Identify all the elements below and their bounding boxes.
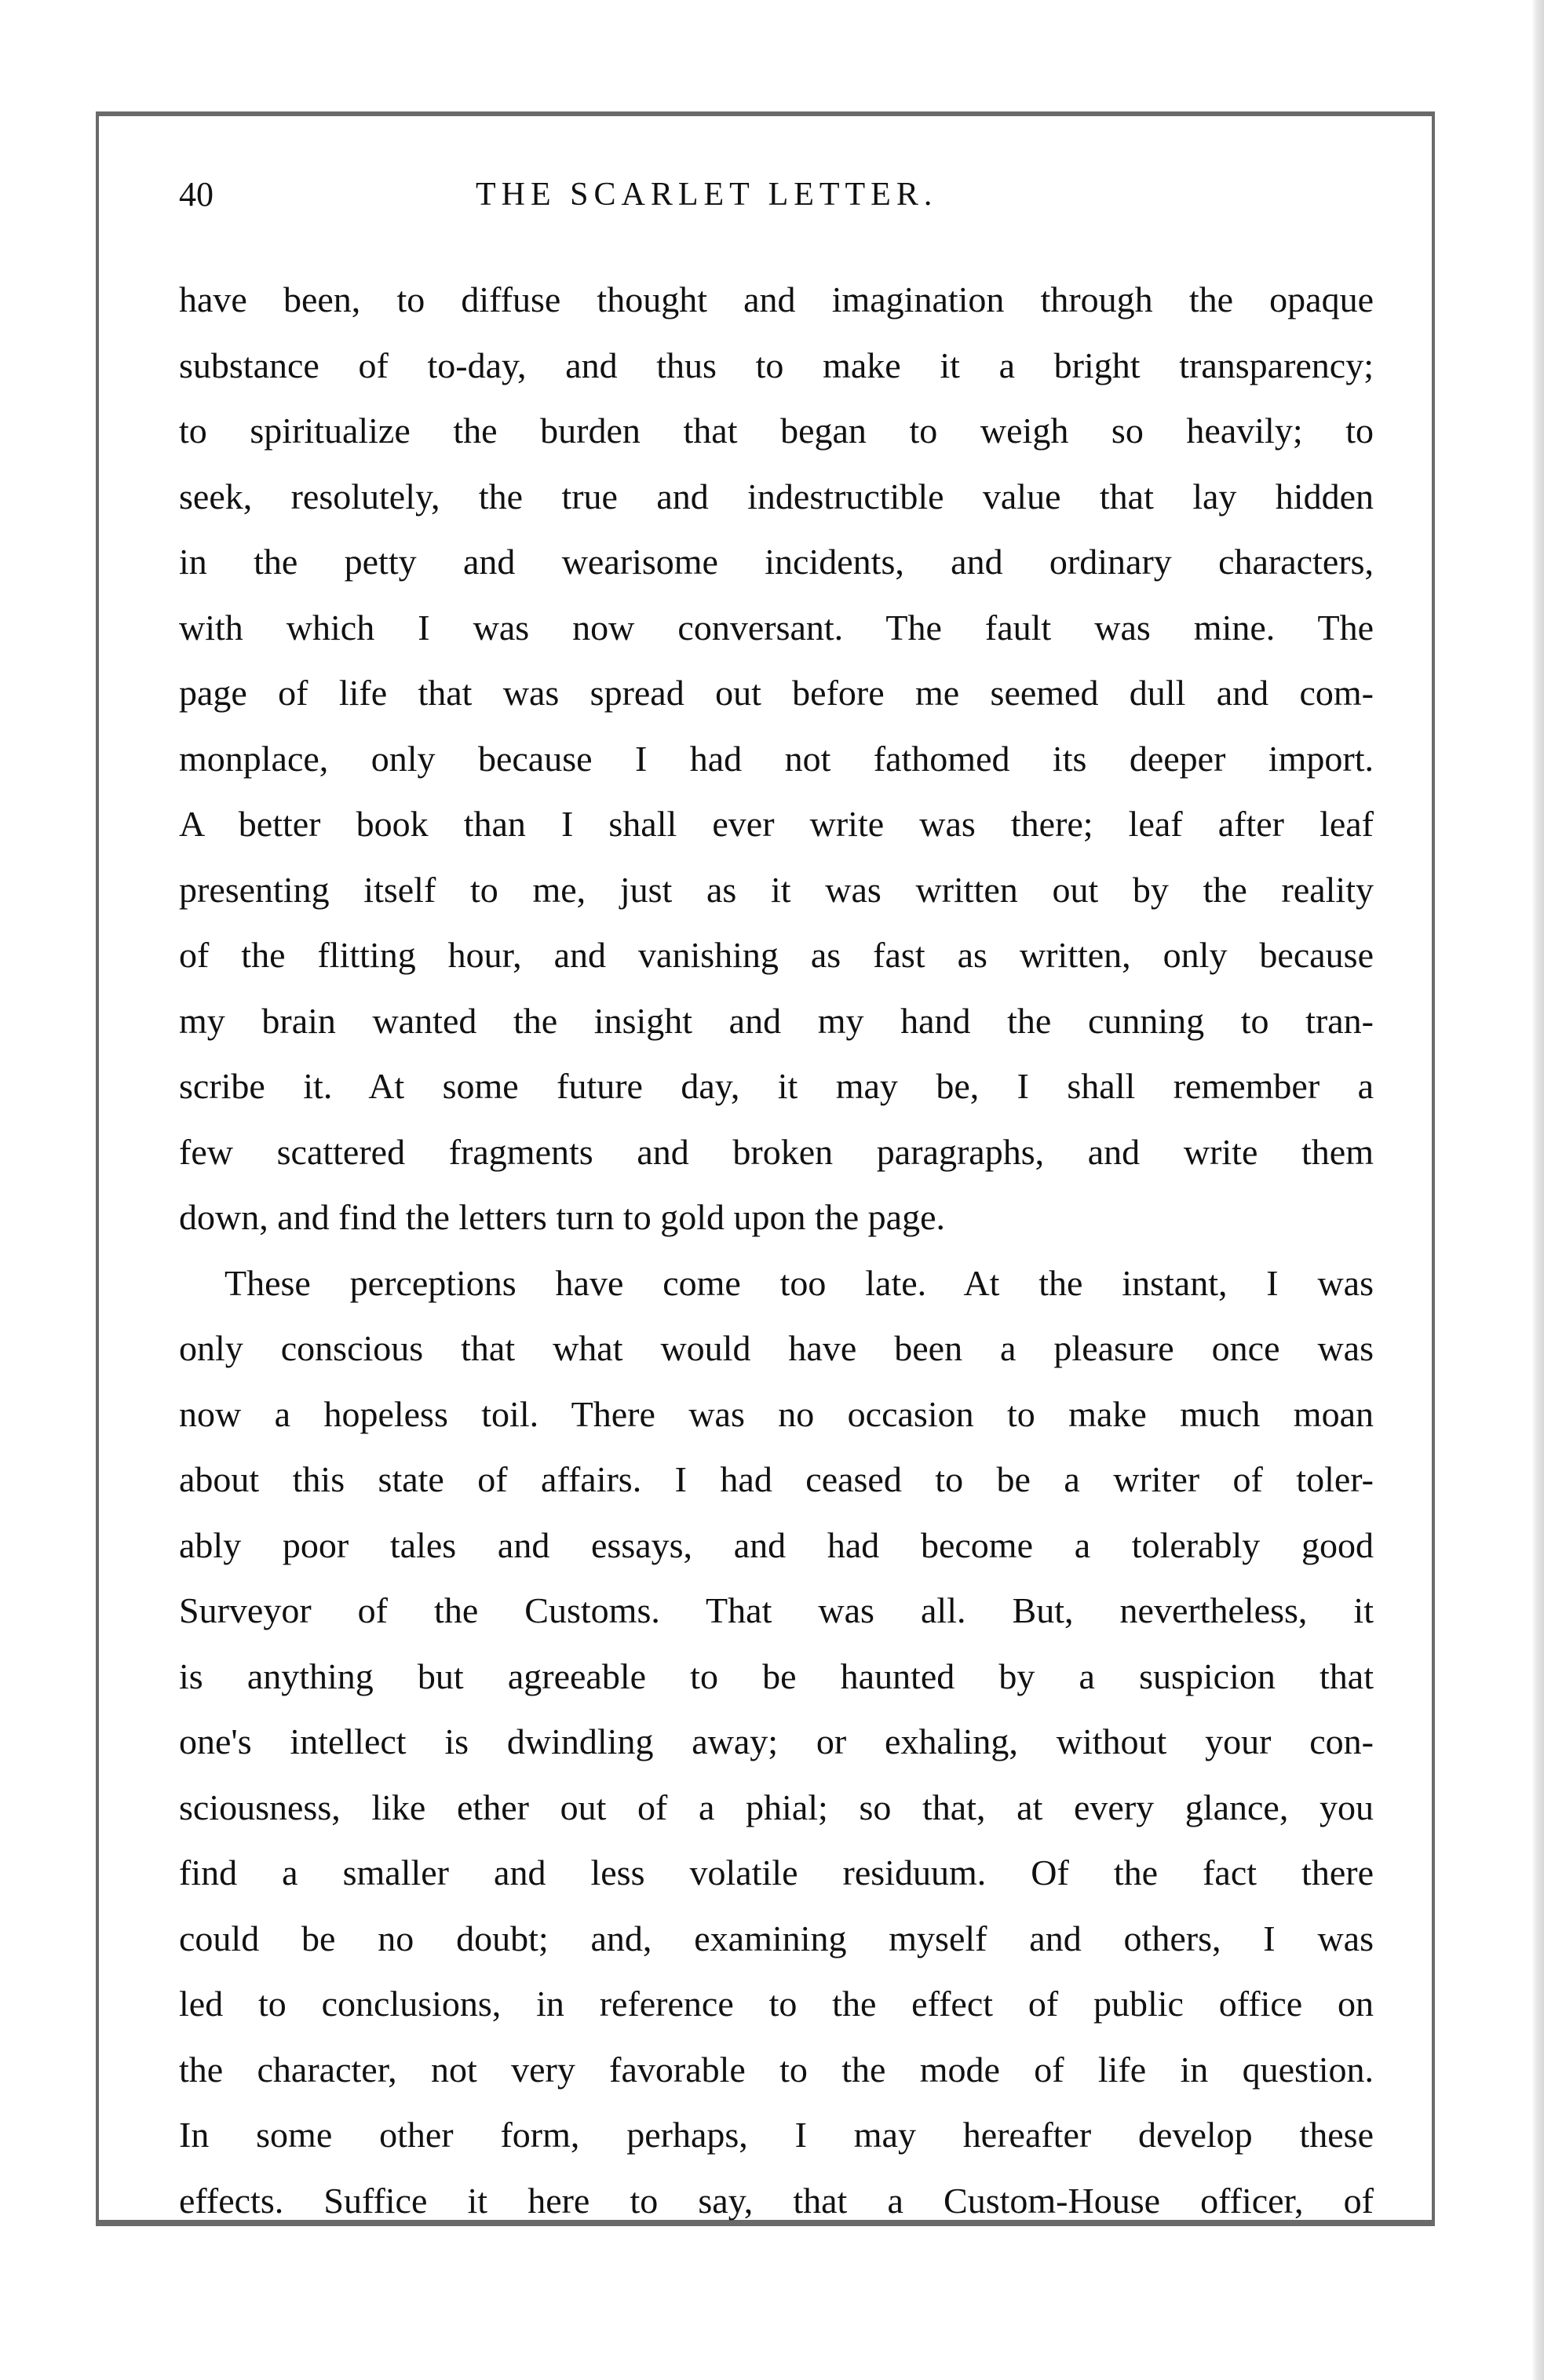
text-line: sciousness, like ether out of a phial; s… bbox=[179, 1775, 1374, 1841]
text-line: now a hopeless toil. There was no occasi… bbox=[179, 1382, 1374, 1447]
text-line: to spiritualize the burden that began to… bbox=[179, 398, 1374, 464]
text-line: one's intellect is dwindling away; or ex… bbox=[179, 1709, 1374, 1775]
text-line: my brain wanted the insight and my hand … bbox=[179, 988, 1374, 1054]
text-line: scribe it. At some future day, it may be… bbox=[179, 1053, 1374, 1119]
page-number: 40 bbox=[179, 171, 214, 218]
text-line: could be no doubt; and, examining myself… bbox=[179, 1906, 1374, 1972]
text-line: effects. Suffice it here to say, that a … bbox=[179, 2168, 1374, 2234]
text-line: of the flitting hour, and vanishing as f… bbox=[179, 922, 1374, 988]
text-line: the character, not very favorable to the… bbox=[179, 2037, 1374, 2103]
page-edge-shadow bbox=[1531, 0, 1544, 2380]
running-title: THE SCARLET LETTER. bbox=[476, 171, 937, 218]
text-line: led to conclusions, in reference to the … bbox=[179, 1971, 1374, 2037]
text-line: down, and find the letters turn to gold … bbox=[179, 1185, 1374, 1250]
text-line: monplace, only because I had not fathome… bbox=[179, 726, 1374, 792]
text-line: Surveyor of the Customs. That was all. B… bbox=[179, 1578, 1374, 1644]
text-line: presenting itself to me, just as it was … bbox=[179, 857, 1374, 923]
text-line: These perceptions have come too late. At… bbox=[179, 1250, 1374, 1316]
running-header: 40 THE SCARLET LETTER. bbox=[179, 171, 1372, 218]
text-line: In some other form, perhaps, I may herea… bbox=[179, 2102, 1374, 2168]
text-line: find a smaller and less volatile residuu… bbox=[179, 1840, 1374, 1906]
text-line: A better book than I shall ever write wa… bbox=[179, 791, 1374, 857]
text-line: with which I was now conversant. The fau… bbox=[179, 595, 1374, 661]
text-line: ably poor tales and essays, and had beco… bbox=[179, 1513, 1374, 1579]
text-line: only conscious that what would have been… bbox=[179, 1316, 1374, 1382]
text-line: have been, to diffuse thought and imagin… bbox=[179, 267, 1374, 333]
text-line: substance of to-day, and thus to make it… bbox=[179, 333, 1374, 399]
text-line: few scattered fragments and broken parag… bbox=[179, 1119, 1374, 1185]
body-text: have been, to diffuse thought and imagin… bbox=[179, 267, 1374, 2233]
paragraph-2: These perceptions have come too late. At… bbox=[179, 1250, 1374, 2234]
text-line: seek, resolutely, the true and indestruc… bbox=[179, 464, 1374, 530]
text-line: is anything but agreeable to be haunted … bbox=[179, 1644, 1374, 1710]
paragraph-1: have been, to diffuse thought and imagin… bbox=[179, 267, 1374, 1250]
text-line: page of life that was spread out before … bbox=[179, 660, 1374, 726]
text-line: in the petty and wearisome incidents, an… bbox=[179, 529, 1374, 595]
text-line: about this state of affairs. I had cease… bbox=[179, 1447, 1374, 1513]
